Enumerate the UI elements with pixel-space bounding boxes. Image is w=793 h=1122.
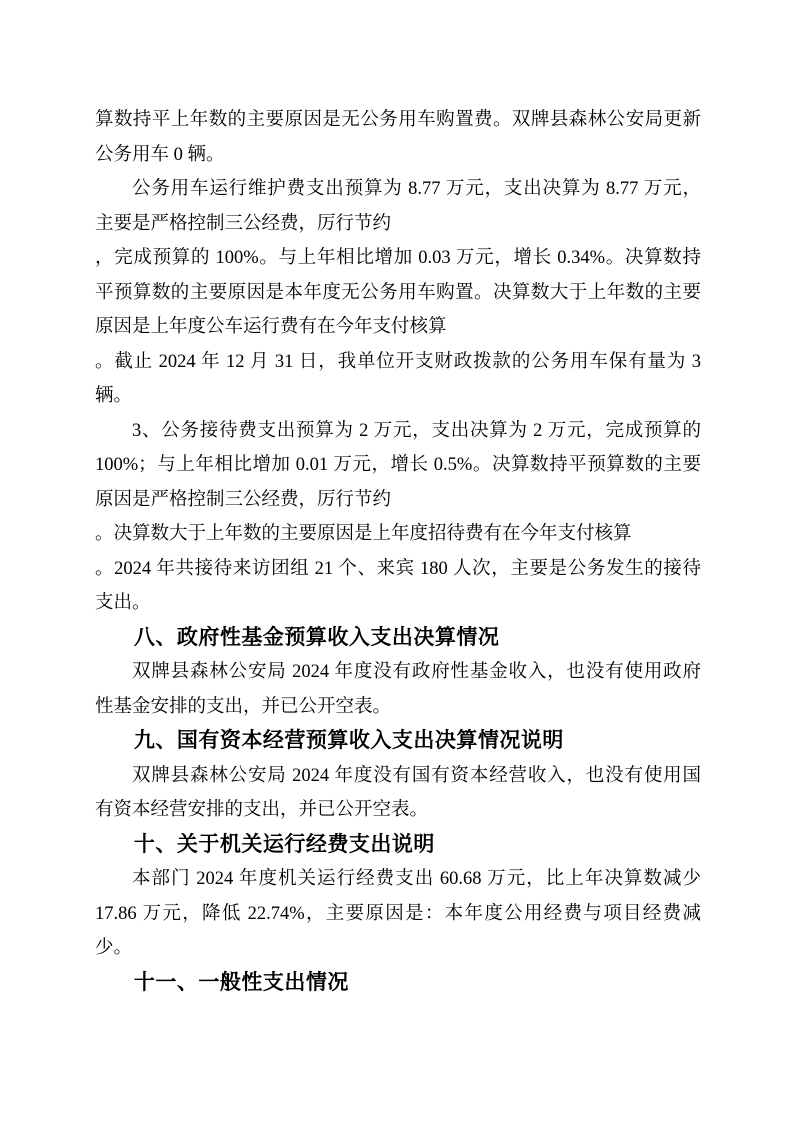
text-line: 少。 [95,931,701,966]
text-line: 平预算数的主要原因是本年度无公务用车购置。决算数大于上年数的主要 [95,276,701,311]
document-page: 算数持平上年数的主要原因是无公务用车购置费。双牌县森林公安局更新 公务用车 0 … [0,0,793,1122]
text-line: 算数持平上年数的主要原因是无公务用车购置费。双牌县森林公安局更新 [95,103,701,138]
text-line: 双牌县森林公安局 2024 年度没有政府性基金收入，也没有使用政府 [95,655,701,690]
section-heading-9: 九、国有资本经营预算收入支出决算情况说明 [95,724,701,759]
text-line: 有资本经营安排的支出，并已公开空表。 [95,793,701,828]
text-line: 公务用车运行维护费支出预算为 8.77 万元，支出决算为 8.77 万元， [95,172,701,207]
text-line: 原因是严格控制三公经费，厉行节约 [95,483,701,518]
document-body: 算数持平上年数的主要原因是无公务用车购置费。双牌县森林公安局更新 公务用车 0 … [95,103,701,1000]
text-line: 。2024 年共接待来访团组 21 个、来宾 180 人次，主要是公务发生的接待 [95,552,701,587]
text-line: 性基金安排的支出，并已公开空表。 [95,690,701,725]
section-heading-11: 十一、一般性支出情况 [95,966,701,1001]
text-line: 辆。 [95,379,701,414]
text-line: 。决算数大于上年数的主要原因是上年度招待费有在今年支付核算 [95,517,701,552]
text-line: 本部门 2024 年度机关运行经费支出 60.68 万元，比上年决算数减少 [95,862,701,897]
text-line: ，完成预算的 100%。与上年相比增加 0.03 万元，增长 0.34%。决算数… [95,241,701,276]
text-line: 支出。 [95,586,701,621]
text-line: 双牌县森林公安局 2024 年度没有国有资本经营收入，也没有使用国 [95,759,701,794]
text-line: 3、公务接待费支出预算为 2 万元，支出决算为 2 万元，完成预算的 [95,414,701,449]
text-line: 17.86 万元，降低 22.74%，主要原因是：本年度公用经费与项目经费减 [95,897,701,932]
text-line: 公务用车 0 辆。 [95,138,701,173]
text-line: 。截止 2024 年 12 月 31 日，我单位开支财政拨款的公务用车保有量为 … [95,345,701,380]
text-line: 主要是严格控制三公经费，厉行节约 [95,207,701,242]
text-line: 100%；与上年相比增加 0.01 万元，增长 0.5%。决算数持平预算数的主要 [95,448,701,483]
section-heading-8: 八、政府性基金预算收入支出决算情况 [95,621,701,656]
text-line: 原因是上年度公车运行费有在今年支付核算 [95,310,701,345]
section-heading-10: 十、关于机关运行经费支出说明 [95,828,701,863]
